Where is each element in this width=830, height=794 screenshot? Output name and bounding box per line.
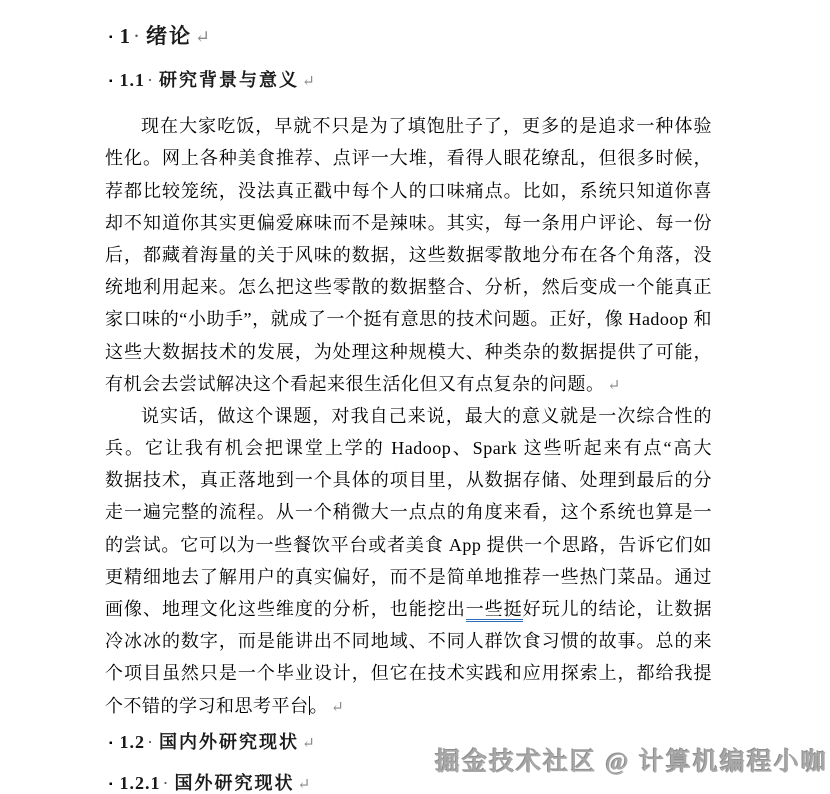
body-text-line: 兵。它让我有机会把课堂上学的 Hadoop、Spark 这些听起来有点“高大上”… — [105, 432, 712, 464]
body-text-line: 个不错的学习和思考平台。↵ — [105, 690, 712, 722]
body-text-line: 冷冰冰的数字，而是能讲出不同地域、不同人群饮食习惯的故事。总的来说，这 — [105, 625, 712, 657]
body-text-line: 数据技术，真正落地到一个具体的项目里，从数据存储、处理到最后的分析展现， — [105, 464, 712, 496]
document-page[interactable]: ▪1·绪论↵ ▪1.1·研究背景与意义↵ 现在大家吃饭，早就不只是为了填饱肚子了… — [0, 0, 830, 794]
body-text-line: 说实话，做这个课题，对我自己来说，最大的意义就是一次综合性的技术练 — [105, 400, 712, 432]
paragraph-mark-icon: ↵ — [298, 776, 311, 793]
paragraph-mark-icon: ↵ — [331, 699, 344, 716]
body-text-line: 荐都比较笼统，没法真正戳中每个人的口味痛点。比如，系统只知道你喜欢川菜， — [105, 175, 712, 207]
heading-separator-dot: · — [147, 732, 153, 752]
paragraph-2: 说实话，做这个课题，对我自己来说，最大的意义就是一次综合性的技术练 兵。它让我有… — [105, 400, 712, 722]
heading-separator-dot: · — [147, 70, 153, 90]
paragraph-mark-icon: ↵ — [608, 377, 621, 394]
heading-1-1: ▪1.1·研究背景与意义↵ — [105, 68, 712, 94]
heading-number: 1 — [120, 24, 132, 48]
paragraph-1: 现在大家吃饭，早就不只是为了填饱肚子了，更多的是追求一种体验感和个 性化。网上各… — [105, 110, 712, 400]
heading-number: 1.2.1 — [120, 773, 161, 793]
body-text-line: 更精细地去了解用户的真实偏好，而不是简单地推荐一些热门菜品。通过对用户 — [105, 561, 712, 593]
paragraph-mark-icon: ↵ — [302, 735, 315, 752]
heading-label: 国外研究现状 — [175, 773, 295, 793]
heading-label: 国内外研究现状 — [159, 732, 299, 752]
keep-with-next-square-icon: ▪ — [109, 779, 113, 790]
body-text-line: 现在大家吃饭，早就不只是为了填饱肚子了，更多的是追求一种体验感和个 — [105, 110, 712, 142]
body-text-line: 家口味的“小助手”，就成了一个挺有意思的技术问题。正好，像 Hadoop 和 S… — [105, 303, 712, 335]
heading-number: 1.1 — [120, 70, 146, 90]
body-text-line: 统地利用起来。怎么把这些零散的数据整合、分析，然后变成一个能真正读懂大 — [105, 271, 712, 303]
body-text-line: 走一遍完整的流程。从一个稍微大一点点的角度来看，这个系统也算是一种有益 — [105, 496, 712, 528]
keep-with-next-square-icon: ▪ — [109, 76, 113, 87]
keep-with-next-square-icon: ▪ — [109, 32, 113, 43]
keep-with-next-square-icon: ▪ — [109, 738, 113, 749]
heading-1: ▪1·绪论↵ — [105, 22, 712, 52]
heading-separator-dot: · — [133, 24, 140, 48]
body-text-line: 后，都藏着海量的关于风味的数据，这些数据零散地分布在各个角落，没有被系 — [105, 239, 712, 271]
body-text-line: 个项目虽然只是一个毕业设计，但它在技术实践和应用探索上，都给我提供了一 — [105, 657, 712, 689]
paragraph-mark-icon: ↵ — [302, 73, 315, 90]
body-text-line-with-grammar-mark: 画像、地理文化这些维度的分析，也能挖出一些挺好玩儿的结论，让数据不只是 — [105, 593, 712, 625]
watermark: 掘金技术社区 @ 计算机编程小咖 — [435, 742, 828, 778]
heading-number: 1.2 — [120, 732, 146, 752]
grammar-check-underline: 一些挺 — [466, 599, 523, 622]
body-text-line: 这些大数据技术的发展，为处理这种规模大、种类杂的数据提供了可能，让咱们 — [105, 336, 712, 368]
body-text-line: 有机会去尝试解决这个看起来很生活化但又有点复杂的问题。↵ — [105, 368, 712, 400]
heading-separator-dot: · — [163, 773, 169, 793]
body-text-line: 性化。网上各种美食推荐、点评一大堆，看得人眼花缭乱，但很多时候，这些推 — [105, 142, 712, 174]
body-text-line: 的尝试。它可以为一些餐饮平台或者美食 App 提供一个思路，告诉它们如何能 — [105, 529, 712, 561]
heading-label: 研究背景与意义 — [159, 70, 299, 90]
body-text-line: 却不知道你其实更偏爱麻味而不是辣味。其实，每一条用户评论、每一份菜单背 — [105, 207, 712, 239]
heading-label: 绪论 — [146, 24, 192, 48]
paragraph-mark-icon: ↵ — [195, 27, 210, 47]
